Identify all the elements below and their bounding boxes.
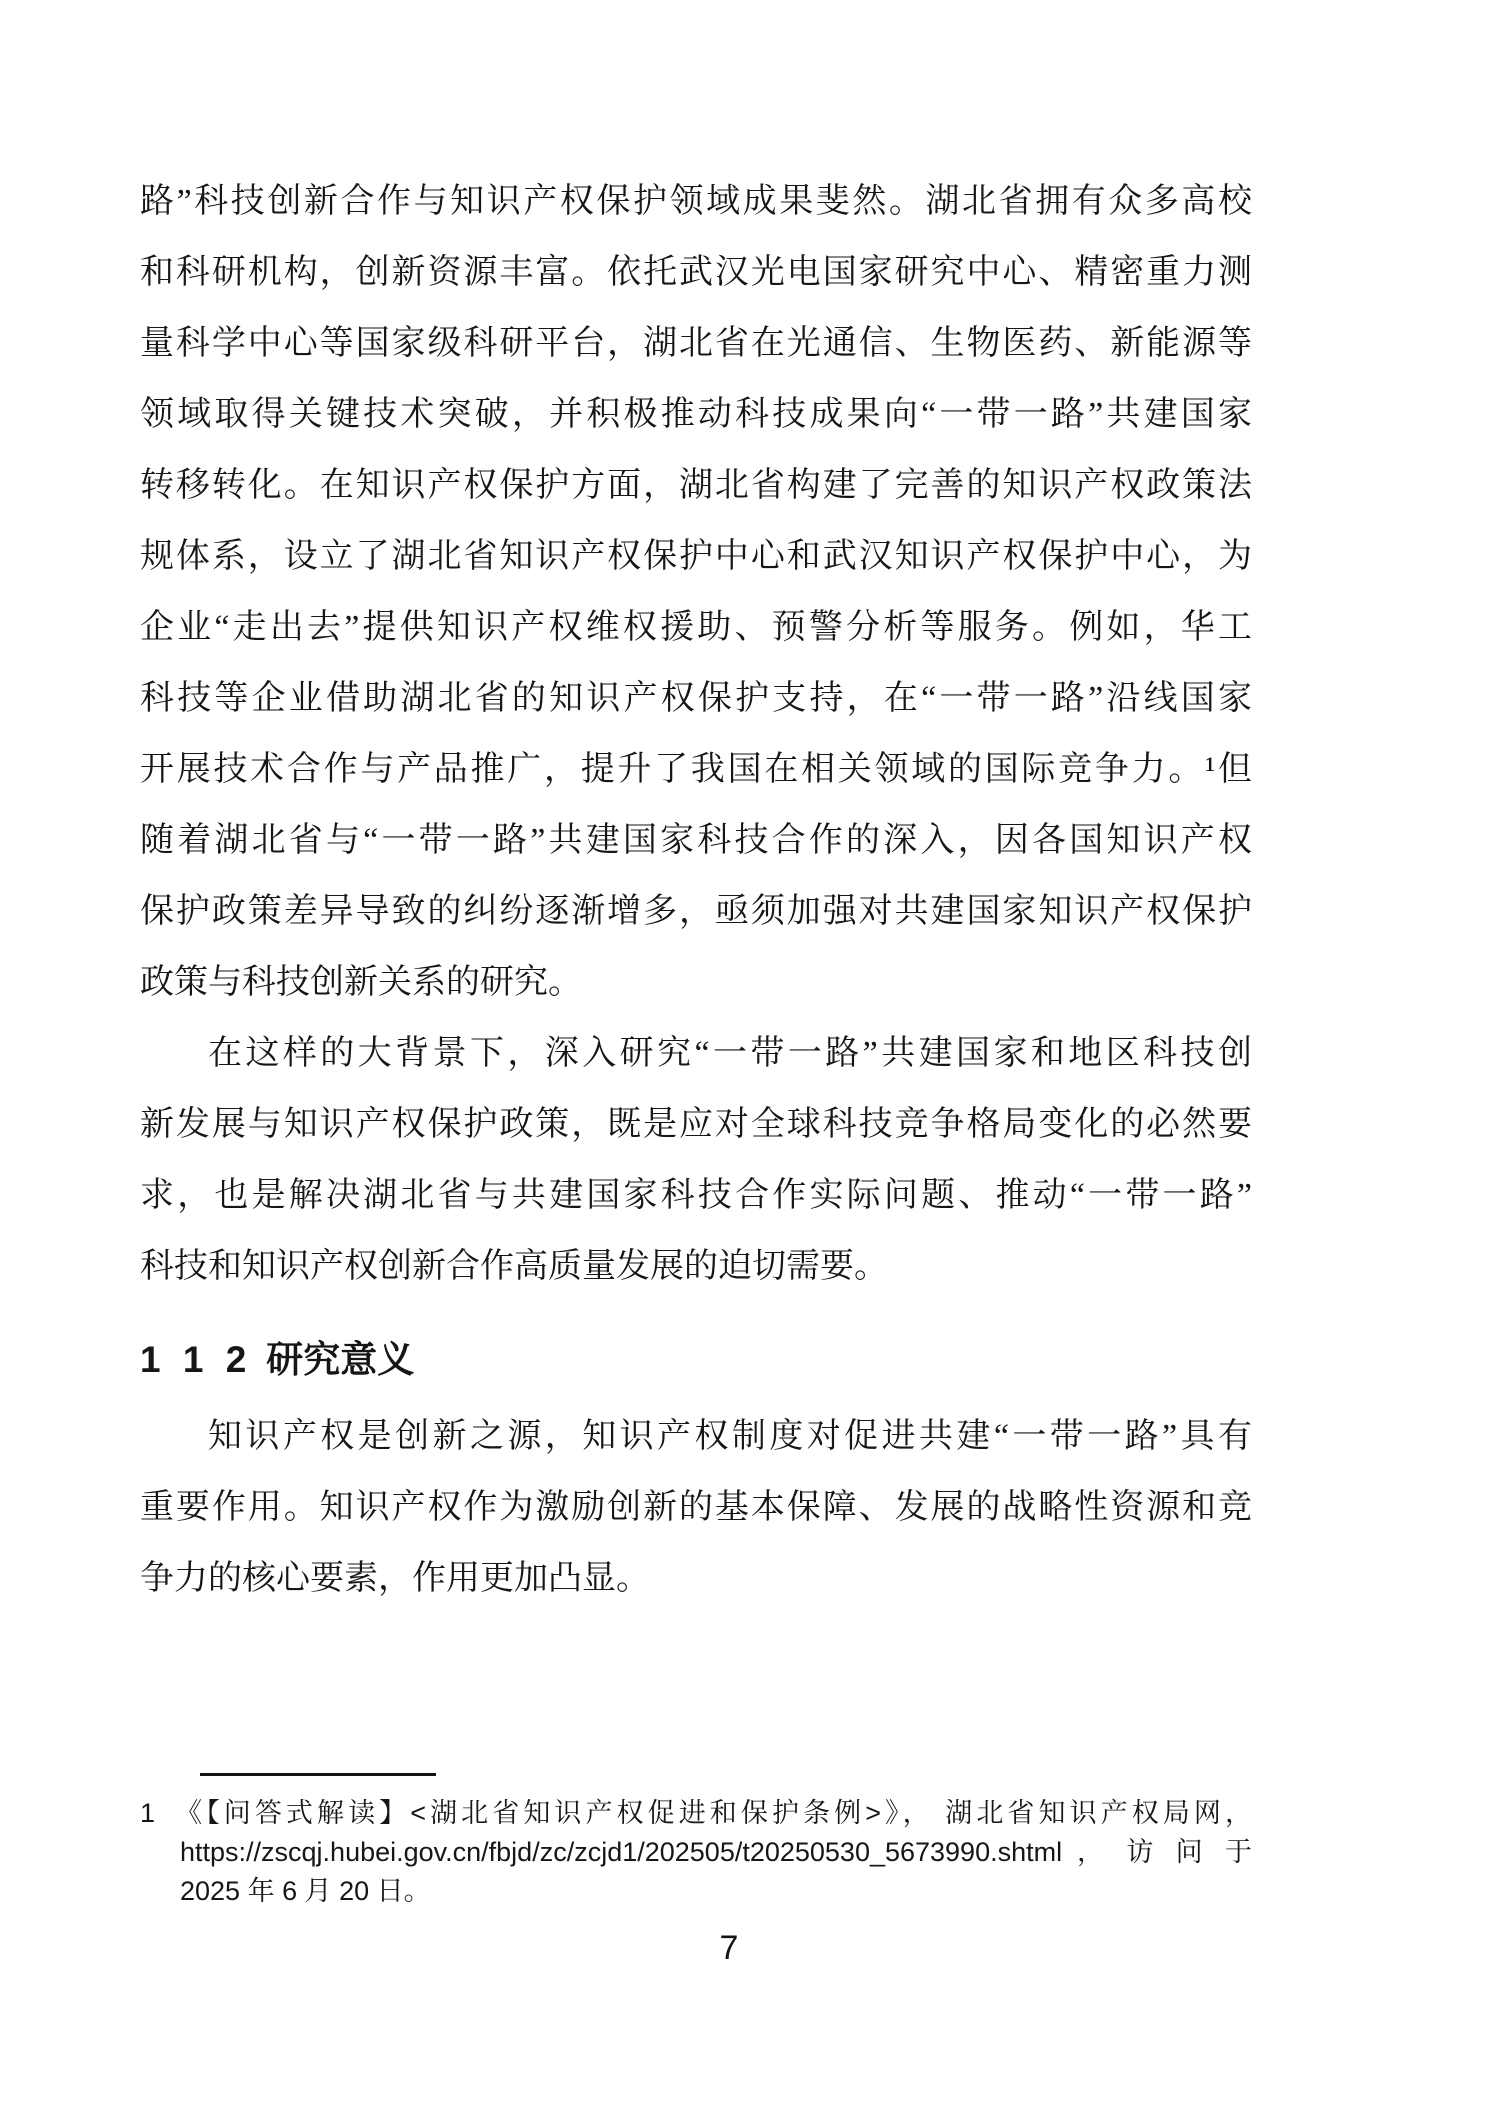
body-line: 科技和知识产权创新合作高质量发展的迫切需要。	[140, 1231, 1252, 1302]
body-line: 转移转化。在知识产权保护方面，湖北省构建了完善的知识产权政策法	[140, 450, 1252, 521]
document-page: 路”科技创新合作与知识产权保护领域成果斐然。湖北省拥有众多高校 和科研机构，创新…	[0, 0, 1488, 2104]
footnote: 1《【问答式解读】<湖北省知识产权促进和保护条例>》， 湖北省知识产权局网， h…	[140, 1794, 1252, 1911]
footnote-date-line: 2025 年 6 月 20 日。	[140, 1872, 1252, 1911]
section-number: 1 1 2	[140, 1339, 252, 1380]
body-line: 企业“走出去”提供知识产权维权援助、预警分析等服务。例如，华工	[140, 592, 1252, 663]
body-line: 保护政策差异导致的纠纷逐渐增多，亟须加强对共建国家知识产权保护	[140, 876, 1252, 947]
section-heading: 1 1 2研究意义	[140, 1337, 1252, 1383]
body-line: 路”科技创新合作与知识产权保护领域成果斐然。湖北省拥有众多高校	[140, 166, 1252, 237]
body-line: 领域取得关键技术突破，并积极推动科技成果向“一带一路”共建国家	[140, 379, 1252, 450]
footnote-marker: 1	[140, 1798, 155, 1828]
body-line: 规体系，设立了湖北省知识产权保护中心和武汉知识产权保护中心，为	[140, 521, 1252, 592]
body-line: 和科研机构，创新资源丰富。依托武汉光电国家研究中心、精密重力测	[140, 237, 1252, 308]
footnote-text: 《【问答式解读】<湖北省知识产权促进和保护条例>》， 湖北省知识产权局网，	[171, 1798, 1252, 1828]
body-text: 路”科技创新合作与知识产权保护领域成果斐然。湖北省拥有众多高校 和科研机构，创新…	[140, 166, 1252, 1614]
body-line: 重要作用。知识产权作为激励创新的基本保障、发展的战略性资源和竞	[140, 1472, 1252, 1543]
body-line: 知识产权是创新之源，知识产权制度对促进共建“一带一路”具有	[140, 1401, 1252, 1472]
section-title: 研究意义	[266, 1340, 414, 1381]
body-line: 随着湖北省与“一带一路”共建国家科技合作的深入，因各国知识产权	[140, 805, 1252, 876]
body-line: 求，也是解决湖北省与共建国家科技合作实际问题、推动“一带一路”	[140, 1160, 1252, 1231]
footnote-separator	[200, 1773, 436, 1776]
body-line: 争力的核心要素，作用更加凸显。	[140, 1543, 1252, 1614]
body-line: 量科学中心等国家级科研平台，湖北省在光通信、生物医药、新能源等	[140, 308, 1252, 379]
page-number: 7	[0, 1928, 1458, 1968]
body-line-with-footnote-ref: 开展技术合作与产品推广，提升了我国在相关领域的国际竞争力。¹但	[140, 734, 1252, 805]
footnote-line: 1《【问答式解读】<湖北省知识产权促进和保护条例>》， 湖北省知识产权局网，	[140, 1794, 1252, 1833]
body-line: 在这样的大背景下，深入研究“一带一路”共建国家和地区科技创	[140, 1018, 1252, 1089]
footnote-url-line: https://zscqj.hubei.gov.cn/fbjd/zc/zcjd1…	[140, 1833, 1252, 1872]
body-line: 政策与科技创新关系的研究。	[140, 947, 1252, 1018]
body-line: 新发展与知识产权保护政策，既是应对全球科技竞争格局变化的必然要	[140, 1089, 1252, 1160]
body-line: 科技等企业借助湖北省的知识产权保护支持，在“一带一路”沿线国家	[140, 663, 1252, 734]
